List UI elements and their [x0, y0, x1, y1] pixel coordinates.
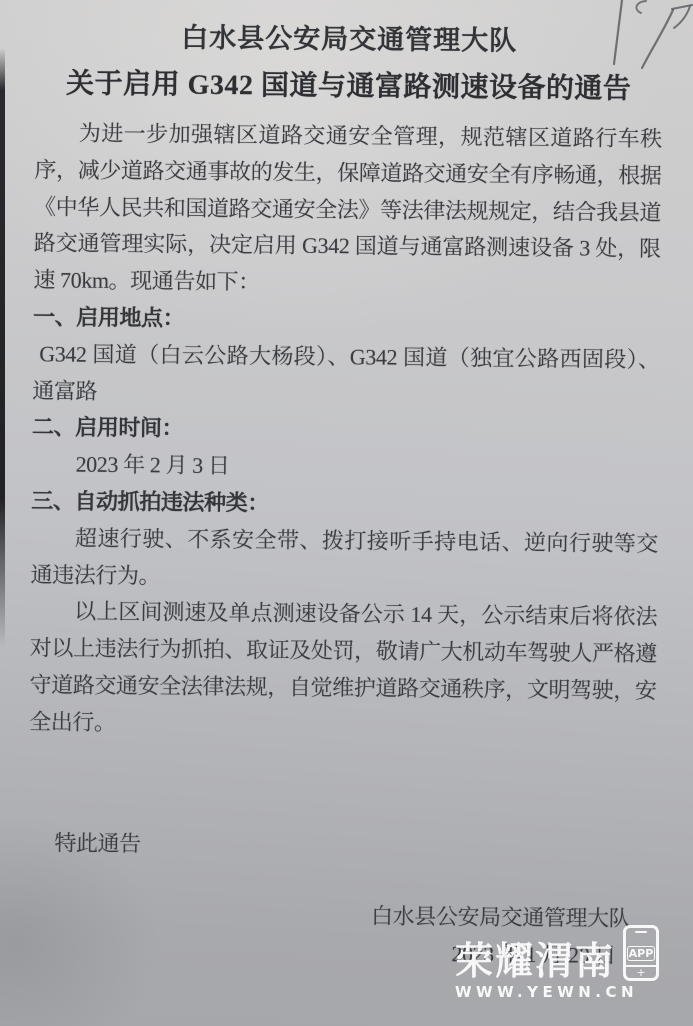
section-1-heading: 一、启用地点： [33, 299, 660, 342]
closing-paragraph: 以上区间测速及单点测速设备公示 14 天，公示结束后将依法对以上违法行为抓拍、取… [29, 594, 657, 747]
hereby-note: 特此通告 [28, 825, 655, 868]
section-1-body: G342 国道（白云公路大杨段）、G342 国道（独宜公路西固段）、通富路 [32, 336, 660, 416]
document-photo: 白水县公安局交通管理大队 关于启用 G342 国道与通富路测速设备的通告 为进一… [0, 0, 693, 1026]
watermark: 荣耀渭南 APP WWW.YEWN.CN [455, 925, 659, 1000]
org-title: 白水县公安局交通管理大队 [36, 14, 663, 59]
watermark-url: WWW.YEWN.CN [455, 985, 659, 1000]
section-2-body: 2023 年 2 月 3 日 [31, 446, 658, 489]
notice-document: 白水县公安局交通管理大队 关于启用 G342 国道与通富路测速设备的通告 为进一… [0, 0, 693, 975]
section-3-body: 超速行驶、不系安全带、拨打接听手持电话、逆向行驶等交通违法行为。 [30, 520, 658, 600]
watermark-brand: 荣耀渭南 [455, 943, 615, 981]
phone-app-icon: APP [623, 925, 659, 981]
notice-title: 关于启用 G342 国道与通富路测速设备的通告 [35, 61, 662, 107]
section-2-heading: 二、启用时间： [32, 410, 659, 453]
section-3-heading: 三、自动抓拍违法种类： [31, 483, 658, 526]
intro-paragraph: 为进一步加强辖区道路交通安全管理，规范辖区道路行车秩序，减少道路交通事故的发生，… [33, 115, 662, 305]
watermark-app-label: APP [627, 946, 656, 961]
